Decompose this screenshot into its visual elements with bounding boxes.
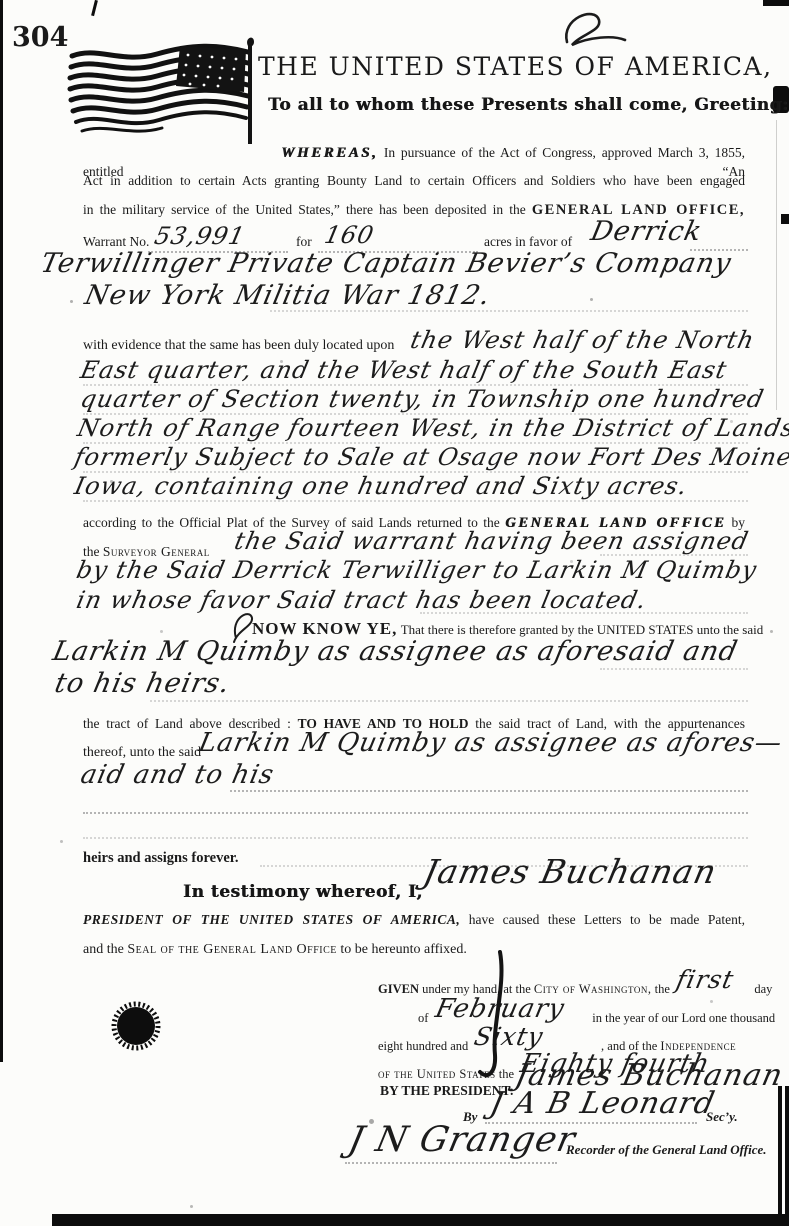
land-patent-document: 304 THE UNITED STATES OF AMERICA, To all… [0,0,789,1226]
whereas-line3-text: in the military service of the United St… [83,202,526,217]
location-hand-line-2: East quarter, and the West half of the S… [78,356,730,384]
location-hand-line-6: Iowa, containing one hundred and Sixty a… [72,472,690,500]
seal-line-after: to be hereunto affixed. [340,942,466,957]
scan-fold-line [776,120,777,410]
in-testimony-lead: In testimony whereof, I, [183,882,423,902]
scan-edge-right-line-2 [785,1086,789,1226]
habendum-hand-line-1: Larkin M Quimby as assignee as afores— [196,728,785,758]
warrant-number-value: 53,991 [152,222,248,250]
scan-edge-bottom-bar [52,1214,789,1226]
salutation-line: To all to whom these Presents shall come… [268,95,713,115]
recorder-title: Recorder of the General Land Office. [566,1141,767,1159]
pen-mark-top-left [91,0,98,16]
president-title-line: PRESIDENT OF THE UNITED STATES OF AMERIC… [83,911,745,929]
acres-value: 160 [322,221,377,249]
land-office-seal-icon [109,999,163,1053]
now-know-ye-text: That there is therefore granted by the U… [401,622,764,637]
president-signature-body: James Buchanan [420,852,721,891]
location-hand-line-1: the West half of the North [408,326,757,354]
grantee-hand-line-2: Terwillinger Private Captain Bevier’s Co… [38,248,734,279]
location-hand-line-5: formerly Subject to Sale at Osage now Fo… [72,443,789,471]
blank-rule [270,310,748,312]
ink-stroke-icon [470,950,520,1085]
flag-finial [247,38,254,47]
scan-noise [70,300,73,303]
grantee-hand-line-3: New York Militia War 1812. [82,280,493,311]
recorder-signature: J N Granger [345,1120,579,1160]
grantee-name-hand: Derrick [588,216,705,247]
pen-mark-2-icon [555,4,635,56]
given-word: GIVEN [378,982,419,996]
given-line2-text: in the year of our Lord one thousand [592,1011,775,1025]
scan-edge-right-line [778,1086,782,1226]
document-title: THE UNITED STATES OF AMERICA, [258,50,728,84]
grant-hand-line-2: to his heirs. [52,668,233,699]
grant-hand-line-1: Larkin M Quimby as assignee as aforesaid… [50,636,741,667]
signature-rule [345,1162,557,1164]
president-title-bold: PRESIDENT OF THE UNITED STATES OF AMERIC… [83,912,460,927]
forever-line: heirs and assigns forever. [83,849,239,869]
blank-rule [600,668,748,670]
secretary-title: Sec’y. [706,1108,738,1126]
seal-line-before: and the [83,942,124,957]
secretary-signature: J A B Leonard [487,1086,718,1121]
flag-pole [248,44,252,144]
located-upon-label: with evidence that the same has been dul… [83,337,394,356]
plat-hand-line-1: the Said warrant having been assigned [232,527,751,555]
plat-hand-line-2: by the Said Derrick Terwilliger to Larki… [74,556,760,584]
seal-line: and the Seal of the General Land Office … [83,941,467,960]
blank-rule [230,790,748,792]
seal-of-glo-label: Seal of the General Land Office [127,942,337,957]
location-hand-line-4: North of Range fourteen West, in the Dis… [75,414,789,442]
whereas-line-2: Act in addition to certain Acts granting… [83,172,745,190]
whereas-lead: WHEREAS, [281,145,378,161]
blank-rule [83,837,748,839]
location-hand-line-3: quarter of Section twenty, in Township o… [78,385,767,413]
habendum-hand-line-2: aid and to his [78,760,277,790]
blank-rule [420,612,748,614]
blank-rule [83,812,748,814]
blank-rule [150,700,748,702]
flag-canton [176,46,246,92]
given-line1-the: the [655,982,670,996]
blank-rule [83,500,748,502]
given-line3-text: eight hundred and [378,1039,468,1053]
scan-edge-left-line [0,0,3,1062]
day-hand-value: first [673,963,737,997]
us-flag-icon [62,34,262,146]
scan-tick-right [781,214,789,224]
page-number: 304 [12,20,68,56]
given-of: of [418,1011,428,1025]
plat-hand-line-3: in whose favor Said tract has been locat… [74,586,649,614]
given-day-label: day [754,982,772,996]
president-title-rest: have caused these Letters to be made Pat… [469,912,745,927]
scan-mark-top-right [763,0,789,6]
